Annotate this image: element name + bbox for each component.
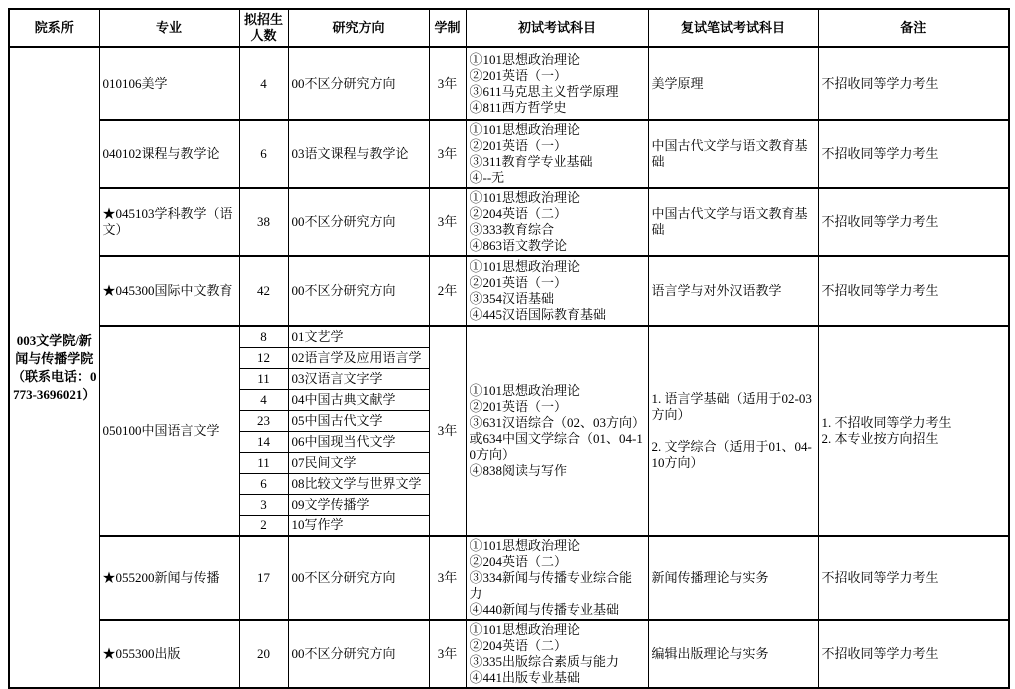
exam-subject: ①101思想政治理论 <box>470 190 645 206</box>
major-cell: ★055300出版 <box>99 620 239 688</box>
exam-subject: ④838阅读与写作 <box>470 463 645 479</box>
quota-cell: 12 <box>239 347 288 368</box>
quota-cell: 23 <box>239 410 288 431</box>
exam-subject: ③631汉语综合（02、03方向）或634中国文学综合（01、04-10方向） <box>470 415 645 463</box>
direction-cell: 03语文课程与教学论 <box>288 120 429 188</box>
direction-cell: 10写作学 <box>288 515 429 536</box>
col-header-remarks: 备注 <box>818 9 1009 47</box>
duration-cell: 3年 <box>429 326 466 536</box>
quota-cell: 11 <box>239 368 288 389</box>
quota-cell: 17 <box>239 536 288 620</box>
col-header-department: 院系所 <box>9 9 99 47</box>
exam-subject: ④811西方哲学史 <box>470 100 645 116</box>
quota-cell: 42 <box>239 256 288 326</box>
direction-cell: 00不区分研究方向 <box>288 620 429 688</box>
table-row: 040102课程与教学论 6 03语文课程与教学论 3年 ①101思想政治理论 … <box>9 120 1009 188</box>
initial-exam-cell: ①101思想政治理论 ②201英语（一） ③611马克思主义哲学原理 ④811西… <box>466 47 648 120</box>
retest-cell: 新闻传播理论与实务 <box>648 536 818 620</box>
duration-cell: 3年 <box>429 47 466 120</box>
direction-cell: 00不区分研究方向 <box>288 256 429 326</box>
admissions-page: 院系所 专业 拟招生人数 研究方向 学制 初试考试科目 复试笔试考试科目 备注 … <box>0 0 1015 689</box>
exam-subject: ④440新闻与传播专业基础 <box>470 602 645 618</box>
quota-cell: 6 <box>239 120 288 188</box>
quota-cell: 14 <box>239 431 288 452</box>
retest-cell: 1. 语言学基础（适用于02-03方向） 2. 文学综合（适用于01、04-10… <box>648 326 818 536</box>
remark-line: 2. 本专业按方向招生 <box>822 431 1006 447</box>
remarks-cell: 不招收同等学力考生 <box>818 256 1009 326</box>
direction-cell: 00不区分研究方向 <box>288 188 429 256</box>
col-header-major: 专业 <box>99 9 239 47</box>
quota-cell: 4 <box>239 47 288 120</box>
major-cell: ★055200新闻与传播 <box>99 536 239 620</box>
col-header-quota: 拟招生人数 <box>239 9 288 47</box>
table-row: 003文学院/新闻与传播学院（联系电话：0773-3696021） 010106… <box>9 47 1009 120</box>
initial-exam-cell: ①101思想政治理论 ②204英语（二） ③333教育综合 ④863语文教学论 <box>466 188 648 256</box>
exam-subject: ②204英语（二） <box>470 206 645 222</box>
direction-cell: 06中国现当代文学 <box>288 431 429 452</box>
exam-subject: ①101思想政治理论 <box>470 622 645 638</box>
retest-cell: 美学原理 <box>648 47 818 120</box>
exam-subject: ④--无 <box>470 170 645 186</box>
remarks-cell: 不招收同等学力考生 <box>818 47 1009 120</box>
exam-subject: ③334新闻与传播专业综合能力 <box>470 570 645 602</box>
exam-subject: ②204英语（二） <box>470 638 645 654</box>
direction-cell: 05中国古代文学 <box>288 410 429 431</box>
exam-subject: ③611马克思主义哲学原理 <box>470 84 645 100</box>
table-row: ★055200新闻与传播 17 00不区分研究方向 3年 ①101思想政治理论 … <box>9 536 1009 620</box>
quota-cell: 11 <box>239 452 288 473</box>
remarks-cell: 不招收同等学力考生 <box>818 188 1009 256</box>
direction-cell: 02语言学及应用语言学 <box>288 347 429 368</box>
exam-subject: ①101思想政治理论 <box>470 122 645 138</box>
direction-cell: 00不区分研究方向 <box>288 47 429 120</box>
remarks-cell: 不招收同等学力考生 <box>818 120 1009 188</box>
direction-cell: 09文学传播学 <box>288 494 429 515</box>
exam-subject: ③354汉语基础 <box>470 291 645 307</box>
direction-cell: 04中国古典文献学 <box>288 389 429 410</box>
col-header-retest-exam: 复试笔试考试科目 <box>648 9 818 47</box>
table-row: ★045103学科教学（语文） 38 00不区分研究方向 3年 ①101思想政治… <box>9 188 1009 256</box>
quota-cell: 8 <box>239 326 288 347</box>
duration-cell: 3年 <box>429 536 466 620</box>
duration-cell: 3年 <box>429 120 466 188</box>
admissions-table: 院系所 专业 拟招生人数 研究方向 学制 初试考试科目 复试笔试考试科目 备注 … <box>8 8 1010 689</box>
direction-cell: 07民间文学 <box>288 452 429 473</box>
retest-cell: 中国古代文学与语文教育基础 <box>648 188 818 256</box>
retest-subject: 1. 语言学基础（适用于02-03方向） <box>652 391 815 423</box>
initial-exam-cell: ①101思想政治理论 ②201英语（一） ③311教育学专业基础 ④--无 <box>466 120 648 188</box>
direction-cell: 03汉语言文字学 <box>288 368 429 389</box>
major-cell: ★045103学科教学（语文） <box>99 188 239 256</box>
exam-subject: ②204英语（二） <box>470 554 645 570</box>
exam-subject: ②201英语（一） <box>470 399 645 415</box>
exam-subject: ①101思想政治理论 <box>470 259 645 275</box>
initial-exam-cell: ①101思想政治理论 ②204英语（二） ③335出版综合素质与能力 ④441出… <box>466 620 648 688</box>
header-row: 院系所 专业 拟招生人数 研究方向 学制 初试考试科目 复试笔试考试科目 备注 <box>9 9 1009 47</box>
remarks-cell: 1. 不招收同等学力考生 2. 本专业按方向招生 <box>818 326 1009 536</box>
duration-cell: 2年 <box>429 256 466 326</box>
exam-subject: ①101思想政治理论 <box>470 52 645 68</box>
col-header-initial-exam: 初试考试科目 <box>466 9 648 47</box>
exam-subject: ③333教育综合 <box>470 222 645 238</box>
retest-cell: 中国古代文学与语文教育基础 <box>648 120 818 188</box>
duration-cell: 3年 <box>429 188 466 256</box>
initial-exam-cell: ①101思想政治理论 ②201英语（一） ③354汉语基础 ④445汉语国际教育… <box>466 256 648 326</box>
initial-exam-cell: ①101思想政治理论 ②204英语（二） ③334新闻与传播专业综合能力 ④44… <box>466 536 648 620</box>
table-row: 050100中国语言文学 8 01文艺学 3年 ①101思想政治理论 ②201英… <box>9 326 1009 347</box>
initial-exam-cell: ①101思想政治理论 ②201英语（一） ③631汉语综合（02、03方向）或6… <box>466 326 648 536</box>
retest-cell: 语言学与对外汉语教学 <box>648 256 818 326</box>
table-row: ★055300出版 20 00不区分研究方向 3年 ①101思想政治理论 ②20… <box>9 620 1009 688</box>
quota-cell: 6 <box>239 473 288 494</box>
remarks-cell: 不招收同等学力考生 <box>818 620 1009 688</box>
quota-cell: 20 <box>239 620 288 688</box>
exam-subject: ①101思想政治理论 <box>470 538 645 554</box>
exam-subject: ①101思想政治理论 <box>470 383 645 399</box>
exam-subject: ③311教育学专业基础 <box>470 154 645 170</box>
direction-cell: 08比较文学与世界文学 <box>288 473 429 494</box>
quota-cell: 4 <box>239 389 288 410</box>
major-cell: 010106美学 <box>99 47 239 120</box>
major-cell: 050100中国语言文学 <box>99 326 239 536</box>
retest-subject: 2. 文学综合（适用于01、04-10方向） <box>652 439 815 471</box>
col-header-duration: 学制 <box>429 9 466 47</box>
remarks-cell: 不招收同等学力考生 <box>818 536 1009 620</box>
duration-cell: 3年 <box>429 620 466 688</box>
quota-cell: 2 <box>239 515 288 536</box>
quota-cell: 38 <box>239 188 288 256</box>
major-cell: ★045300国际中文教育 <box>99 256 239 326</box>
exam-subject: ②201英语（一） <box>470 68 645 84</box>
quota-cell: 3 <box>239 494 288 515</box>
exam-subject: ③335出版综合素质与能力 <box>470 654 645 670</box>
exam-subject: ④863语文教学论 <box>470 238 645 254</box>
department-cell: 003文学院/新闻与传播学院（联系电话：0773-3696021） <box>9 47 99 688</box>
direction-cell: 00不区分研究方向 <box>288 536 429 620</box>
major-cell: 040102课程与教学论 <box>99 120 239 188</box>
col-header-direction: 研究方向 <box>288 9 429 47</box>
retest-cell: 编辑出版理论与实务 <box>648 620 818 688</box>
remark-line: 1. 不招收同等学力考生 <box>822 415 1006 431</box>
direction-cell: 01文艺学 <box>288 326 429 347</box>
table-row: ★045300国际中文教育 42 00不区分研究方向 2年 ①101思想政治理论… <box>9 256 1009 326</box>
exam-subject: ②201英语（一） <box>470 138 645 154</box>
exam-subject: ②201英语（一） <box>470 275 645 291</box>
exam-subject: ④445汉语国际教育基础 <box>470 307 645 323</box>
exam-subject: ④441出版专业基础 <box>470 670 645 686</box>
